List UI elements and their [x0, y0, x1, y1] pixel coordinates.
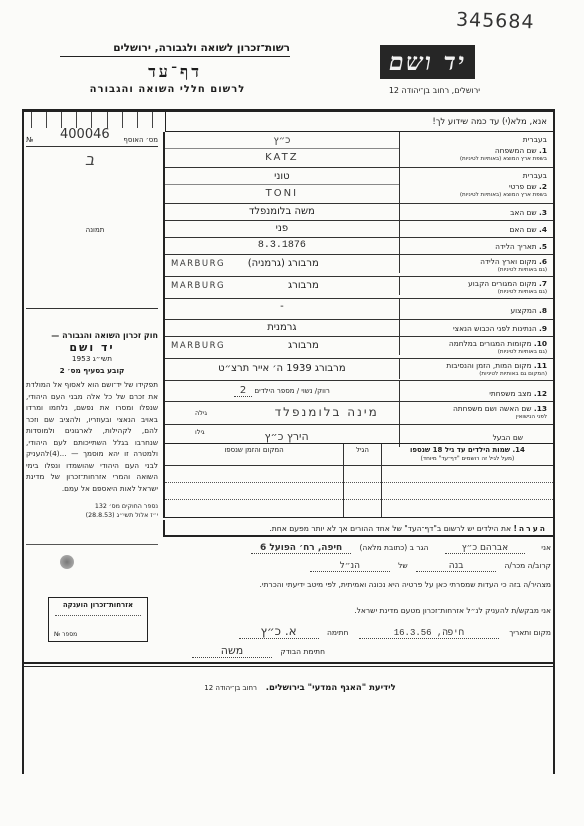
divider: [26, 544, 158, 545]
first-name-label: שם פרטי: [509, 182, 537, 191]
birthdate-value: 8.3.1876: [165, 238, 400, 254]
of-value: הנ״ל: [310, 561, 390, 572]
children-table: המקום והזמן שנספו הגיל 14. שמות הילדים ע…: [163, 443, 553, 518]
logo-address: ירושלים, רחוב בן־יהודה 12: [380, 86, 480, 95]
law-excerpt: חוק זכרון השואה והגבורה — יד ושם תשי״ג 1…: [26, 330, 158, 520]
footer-rule: [24, 666, 553, 667]
request-text: אני מבקש/ת להעניק לנ״ל אזרחות־זכרון מטעם…: [163, 606, 551, 615]
law-footnote-2: י״ז אלול תשי״ג (28.8.53): [26, 511, 158, 520]
form-subtitle: לרשום חללי השואה והגבורה: [80, 84, 255, 95]
law-footnote-1: נספר החוקים מס׳ 132: [26, 502, 158, 511]
marital-status-label: מצב משפחתי: [489, 389, 531, 398]
col-header-names-sub: (מעל לגיל זה רושמים "דף־עד" מיוחד): [382, 455, 553, 464]
divider: [26, 308, 158, 309]
marital-status-value: רווק/ נשוי / מספר הילדים: [255, 387, 330, 395]
wife-name-label: שם האשה ושם משפחתה: [453, 404, 532, 413]
law-name: יד ושם: [26, 342, 158, 354]
husband-name-label: שם הבעל: [493, 433, 523, 442]
surname-lang: בעברית: [523, 135, 547, 144]
birthdate-label: תאריך הלידה: [495, 242, 537, 251]
of-label: של: [398, 561, 408, 570]
wartime-residence-label: מקומות המגורים במלחמה: [449, 339, 532, 348]
declaration-line-1: אני אברהם כ״ץ הגר ב (כתובת מלאה) חיפה, ר…: [163, 543, 551, 554]
signature-value: א. כ״ץ: [239, 624, 319, 639]
col-header-age: הגיל: [344, 444, 381, 466]
record-number-value: 400046: [60, 127, 110, 142]
memorial-box-title: אזרחות־זכרון הוענקה: [49, 598, 147, 609]
field-row-first-name: טוני TONI בעברית 2. שם פרטי בשפת ארץ המו…: [165, 168, 553, 204]
memorial-box-number: מספר №: [54, 631, 77, 638]
children-col-names: 14. שמות הילדים עד גיל 18 שנספו (מעל לגי…: [382, 444, 553, 517]
form-title: דף־עד: [120, 62, 230, 82]
memorial-citizenship-box: אזרחות־זכרון הוענקה מספר №: [48, 597, 148, 642]
note-label: הערה!: [513, 524, 547, 533]
memorial-box-line: [55, 615, 141, 616]
children-col-place: המקום והזמן שנספו: [165, 444, 344, 517]
field-row-birthdate: 8.3.1876 5. תאריך הלידה: [165, 238, 553, 255]
field-row-father: משה בלומנפלד 3. שם האב: [165, 204, 553, 221]
record-label: מס׳ האוסף: [123, 136, 158, 144]
col-header-place: המקום והזמן שנספו: [165, 444, 343, 466]
law-year: תשי״ג 1953: [26, 353, 158, 365]
photo-label: תמונה: [40, 226, 150, 234]
field-row-death: מרבורג 1939 ה׳ אייר תרצ״ט 11. מקום המות,…: [165, 359, 553, 381]
death-place-value: מרבורג 1939 ה׳ אייר תרצ״ט: [165, 359, 400, 379]
inspector-signature: משה: [192, 644, 272, 658]
col-header-names: 14. שמות הילדים עד גיל 18 שנספו: [382, 446, 553, 455]
affirmation-text: מצהיר/ה בזה כי העדות שמסרתי כאן על פרטיה…: [163, 580, 551, 589]
profession-value: -: [165, 299, 400, 319]
residence-label: מקום המגורים הקבוע: [468, 279, 537, 288]
place-date-value: חיפה, 16.3.56: [359, 628, 499, 639]
authority-title: רשות־זכרון לשואה ולגבורה, ירושלים: [60, 42, 290, 57]
husband-name-value: הירץ כ״ץ: [265, 430, 309, 443]
note-text: את הילדים יש לרשום ב"דף־העד" של אחד ההור…: [269, 524, 511, 533]
wife-age-label: גילה: [195, 409, 207, 417]
surname-hebrew: כ״ץ: [165, 132, 399, 149]
yad-vashem-logo: יד ושם: [380, 45, 475, 79]
law-title: חוק זכרון השואה והגבורה —: [26, 330, 158, 342]
death-place-label: מקום המות, הזמן והנסיבות: [446, 361, 531, 370]
field-row-mother: פני 4. שם האם: [165, 221, 553, 238]
footer-line: לידיעת "האגף המדעי" בירושלים. רחוב בן־יה…: [170, 683, 430, 693]
footer-address: רחוב בן־יהודה 12: [204, 684, 257, 692]
signature-label: חתימה: [327, 628, 349, 637]
footer-text: לידיעת "האגף המדעי" בירושלים.: [266, 683, 396, 693]
field-row-wartime-residence: MARBURG מרבורג 10. מקומות המגורים במלחמה…: [165, 337, 553, 359]
record-initial: ב: [85, 150, 94, 169]
surname-latin: KATZ: [265, 152, 298, 163]
nationality-value: גרמנית: [165, 320, 400, 336]
children-count: 2: [234, 385, 252, 397]
field-row-residence: MARBURG מרבורג 7. מקום המגורים הקבוע(גם …: [165, 277, 553, 299]
address-label: הגר ב (כתובת מלאה): [359, 543, 428, 552]
relation-label: קרוב/ה מכר/ה: [505, 561, 551, 570]
wartime-residence-latin: MARBURG: [171, 337, 225, 355]
field-row-profession: - 8. המקצוע: [165, 299, 553, 320]
surname-label: שם המשפחה: [495, 146, 537, 155]
footer-rule: [24, 662, 553, 664]
place-date-label: מקום ותאריך: [509, 628, 551, 637]
wife-name-value: מינה בלומנפלד: [275, 405, 379, 419]
law-section: קובע בסעיף מס׳ 2: [26, 365, 158, 377]
archive-number: 345684: [456, 9, 535, 34]
declaration-line-sign: מקום ותאריך חיפה, 16.3.56 חתימה א. כ״ץ: [163, 624, 551, 639]
father-name-label: שם האב: [510, 208, 537, 217]
husband-age-label: גילו: [195, 428, 205, 436]
father-name-value: משה בלומנפלד: [165, 204, 400, 220]
law-body: תפקידו של יד־ושם הוא לאסוף אל המולדת את …: [26, 379, 158, 494]
birthplace-value: מרבורג (גרמניה): [248, 255, 319, 273]
declaration-line-2: קרוב/ה מכר/ה בנה של הנ״ל: [163, 561, 551, 572]
field-row-surname: כ״ץ KATZ בעברית 1. שם המשפחה בשפת ארץ המ…: [165, 132, 553, 168]
declarant-name: אברהם כ״ץ: [445, 543, 525, 554]
field-row-birthplace: MARBURG מרבורג (גרמניה) 6. מקום וארץ הלי…: [165, 255, 553, 277]
record-no-symbol: №: [26, 136, 33, 144]
mother-name-value: פני: [165, 221, 400, 237]
inspector-label: חתימת הבודק: [280, 647, 325, 656]
nationality-label: הנתינות לפני הכבוש הנאצי: [453, 324, 537, 333]
field-row-wife: מינה בלומנפלד גילה 13. שם האשה ושם משפחת…: [165, 402, 553, 425]
declaration-line-inspector: חתימת הבודק משה: [163, 644, 551, 658]
first-name-hebrew: טוני: [165, 168, 399, 185]
fields-table: כ״ץ KATZ בעברית 1. שם המשפחה בשפת ארץ המ…: [163, 132, 553, 447]
note-bar: הערה! את הילדים יש לרשום ב"דף־העד" של אח…: [163, 520, 553, 537]
residence-value: מרבורג: [288, 277, 319, 295]
children-col-age: הגיל: [344, 444, 382, 517]
mother-name-label: שם האם: [510, 225, 537, 234]
field-row-marital: רווק/ נשוי / מספר הילדים 2 12. מצב משפחת…: [165, 381, 553, 402]
residence-latin: MARBURG: [171, 277, 225, 295]
first-name-latin: TONI: [266, 188, 298, 199]
declarant-address: חיפה, רח׳ הפועל 6: [251, 543, 351, 554]
instructions: אנא, מלא(י) עד כמה שידוע לך!: [165, 112, 553, 132]
stamp-icon: [60, 555, 74, 569]
wartime-residence-value: מרבורג: [288, 337, 319, 355]
declarant-label: אני: [541, 543, 551, 552]
birthplace-label: מקום וארץ הלידה: [480, 257, 537, 266]
relation-value: בנה: [416, 561, 496, 572]
profession-label: המקצוע: [511, 306, 537, 315]
field-row-nationality: גרמנית 9. הנתינות לפני הכבוש הנאצי: [165, 320, 553, 337]
birthplace-latin: MARBURG: [171, 255, 225, 273]
